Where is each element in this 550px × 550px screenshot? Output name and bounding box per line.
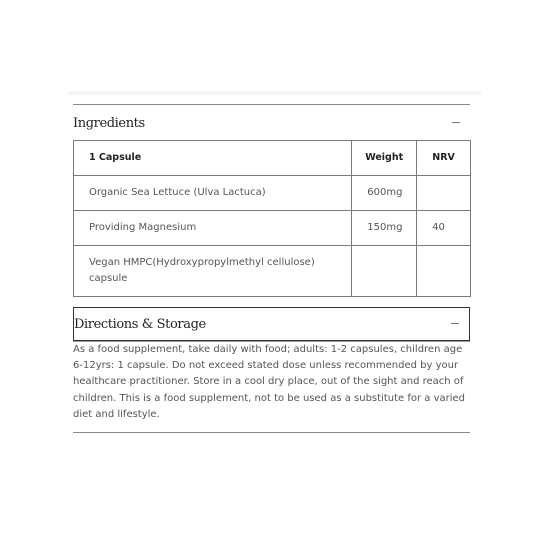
directions-title: Directions & Storage [74,317,206,332]
ingredient-weight [352,246,417,297]
column-header-nrv: NRV [417,141,471,176]
table-row: Providing Magnesium 150mg 40 [74,211,471,246]
ingredient-nrv: 40 [417,211,471,246]
ingredient-name: Providing Magnesium [74,211,352,246]
minus-icon[interactable] [447,316,463,332]
column-header-weight: Weight [352,141,417,176]
column-header-capsule: 1 Capsule [74,141,352,176]
section-divider [73,432,470,433]
section-divider [73,104,470,105]
top-band [68,91,482,95]
ingredient-name: Organic Sea Lettuce (Ulva Lactuca) [74,176,352,211]
ingredients-accordion-header[interactable]: Ingredients [73,106,470,140]
ingredient-nrv [417,176,471,211]
table-header-row: 1 Capsule Weight NRV [74,141,471,176]
ingredient-weight: 600mg [352,176,417,211]
table-row: Vegan HMPC(Hydroxypropylmethyl cellulose… [74,246,471,297]
ingredient-name: Vegan HMPC(Hydroxypropylmethyl cellulose… [74,246,352,297]
ingredients-table: 1 Capsule Weight NRV Organic Sea Lettuce… [73,140,471,297]
directions-text: As a food supplement, take daily with fo… [73,342,473,423]
table-row: Organic Sea Lettuce (Ulva Lactuca) 600mg [74,176,471,211]
ingredients-title: Ingredients [73,116,145,131]
ingredient-weight: 150mg [352,211,417,246]
directions-accordion-header[interactable]: Directions & Storage [73,307,470,341]
ingredient-nrv [417,246,471,297]
minus-icon[interactable] [448,115,464,131]
